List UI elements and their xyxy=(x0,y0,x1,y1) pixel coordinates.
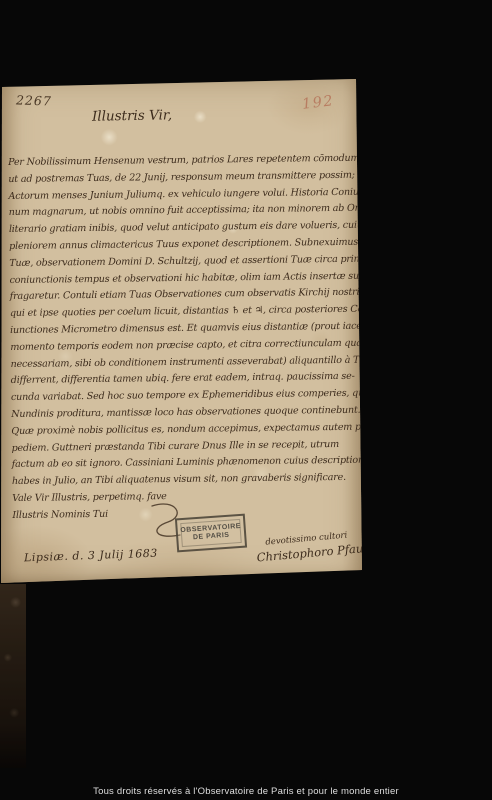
closing-block: devotissimo cultori Christophoro Pfautzi… xyxy=(255,530,361,565)
letter-body: Per Nobilissimum Hensenum vestrum, patri… xyxy=(8,151,364,525)
letter-page: 2267 192 Illustris Vir, Per Nobilissimum… xyxy=(0,76,364,586)
folio-number: 192 xyxy=(301,93,335,113)
copyright-notice: Tous droits réservés à l'Observatoire de… xyxy=(0,786,492,797)
archive-stamp-line2: DE PARIS xyxy=(193,532,230,543)
letter-dateline: Lipsiæ. d. 3 Julij 1683 xyxy=(24,547,158,565)
letter-salutation: Illustris Vir, xyxy=(92,107,172,124)
archive-stamp: OBSERVATOIRE DE PARIS xyxy=(175,514,247,553)
manuscript-scan-viewer: 2267 192 Illustris Vir, Per Nobilissimum… xyxy=(0,0,492,800)
book-spine-edge xyxy=(0,584,26,768)
archival-number: 2267 xyxy=(16,92,52,108)
